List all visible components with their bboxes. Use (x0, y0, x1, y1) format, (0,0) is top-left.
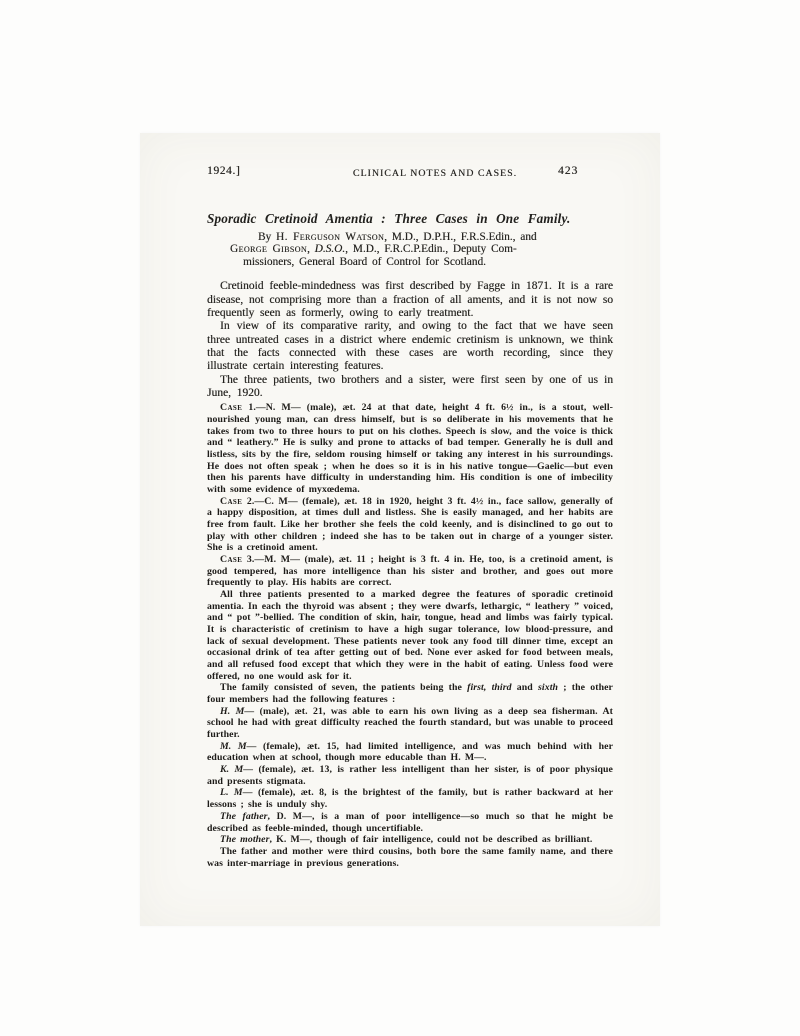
case-label: Case (220, 402, 242, 413)
byline-credentials: , M.D., D.P.H., F.R.S.Edin., and (384, 231, 536, 243)
family-intro-italic: sixth (538, 682, 558, 693)
family-member-paragraph: L. M— (female), æt. 8, is the brightest … (207, 787, 613, 810)
family-intro-paragraph: The family consisted of seven, the patie… (207, 682, 613, 705)
member-name: H. M— (220, 706, 254, 717)
running-header: 1924.] CLINICAL NOTES AND CASES. 423 (207, 165, 613, 181)
family-member-paragraph: The father, D. M—, is a man of poor inte… (207, 811, 613, 834)
journal-page: 1924.] CLINICAL NOTES AND CASES. 423 Spo… (140, 133, 660, 926)
family-member-paragraph: K. M— (female), æt. 13, is rather less i… (207, 764, 613, 787)
byline-line-2: George Gibson, D.S.O., M.D., F.R.C.P.Edi… (207, 243, 613, 255)
case-label: Case (220, 554, 242, 565)
byline-line-1: By H. Ferguson Watson, M.D., D.P.H., F.R… (207, 231, 613, 243)
member-text: (male), æt. 21, was able to earn his own… (207, 706, 613, 740)
member-name: M. M— (220, 741, 257, 752)
member-text: , D. M—, is a man of poor intelligence—s… (207, 811, 613, 834)
intro-paragraph: In view of its comparative rarity, and o… (207, 320, 613, 373)
member-name: K. M— (220, 764, 253, 775)
case-notes-section: Case 1.—N. M— (male), æt. 24 at that dat… (207, 402, 613, 869)
case-paragraph-1: Case 1.—N. M— (male), æt. 24 at that dat… (207, 402, 613, 495)
closing-paragraph: The father and mother were third cousins… (207, 846, 613, 869)
case-text: 1.—N. M— (male), æt. 24 at that date, he… (207, 402, 613, 495)
header-running-title: CLINICAL NOTES AND CASES. (353, 168, 517, 179)
byline-credentials: , M.D., F.R.C.P.Edin., Deputy Com- (345, 243, 517, 255)
article-title-block: Sporadic Cretinoid Amentia : Three Cases… (207, 211, 613, 268)
intro-section: Cretinoid feeble-mindedness was first de… (207, 280, 613, 400)
case-label: Case (220, 496, 242, 507)
intro-paragraph: Cretinoid feeble-mindedness was first de… (207, 280, 613, 320)
article-title: Sporadic Cretinoid Amentia : Three Cases… (207, 211, 613, 227)
member-text: , K. M—, though of fair intelligence, co… (269, 834, 592, 845)
family-intro-italic: first, third (467, 682, 511, 693)
member-text: (female), æt. 15, had limited intelligen… (207, 741, 613, 764)
member-name: The mother (220, 834, 269, 845)
family-member-paragraph: M. M— (female), æt. 15, had limited inte… (207, 741, 613, 764)
member-name: L. M— (220, 787, 253, 798)
discussion-paragraph: All three patients presented to a marked… (207, 589, 613, 682)
family-intro-text: and (512, 682, 538, 693)
author-watson: H. Ferguson Watson (276, 231, 384, 243)
family-intro-text: The family consisted of seven, the patie… (220, 682, 467, 693)
family-member-paragraph: H. M— (male), æt. 21, was able to earn h… (207, 706, 613, 741)
header-page-number: 423 (558, 165, 578, 177)
page-content: 1924.] CLINICAL NOTES AND CASES. 423 Spo… (207, 133, 613, 869)
author-gibson: George Gibson (230, 243, 307, 255)
member-text: (female), æt. 13, is rather less intelli… (207, 764, 613, 787)
header-year: 1924.] (207, 165, 240, 177)
case-paragraph-2: Case 2.—C. M— (female), æt. 18 in 1920, … (207, 496, 613, 554)
member-text: (female), æt. 8, is the brightest of the… (207, 787, 613, 810)
byline-separator: , (307, 243, 315, 255)
author-dso: D.S.O. (315, 243, 345, 255)
member-name: The father (220, 811, 268, 822)
byline-line-3: missioners, General Board of Control for… (207, 256, 613, 268)
scan-background: 1924.] CLINICAL NOTES AND CASES. 423 Spo… (0, 0, 800, 1036)
intro-paragraph: The three patients, two brothers and a s… (207, 374, 613, 401)
case-paragraph-3: Case 3.—M. M— (male), æt. 11 ; height is… (207, 554, 613, 589)
case-text: 3.—M. M— (male), æt. 11 ; height is 3 ft… (207, 554, 613, 588)
byline-pre: By (258, 231, 276, 243)
case-text: 2.—C. M— (female), æt. 18 in 1920, heigh… (207, 496, 613, 554)
family-member-paragraph: The mother, K. M—, though of fair intell… (207, 834, 613, 846)
